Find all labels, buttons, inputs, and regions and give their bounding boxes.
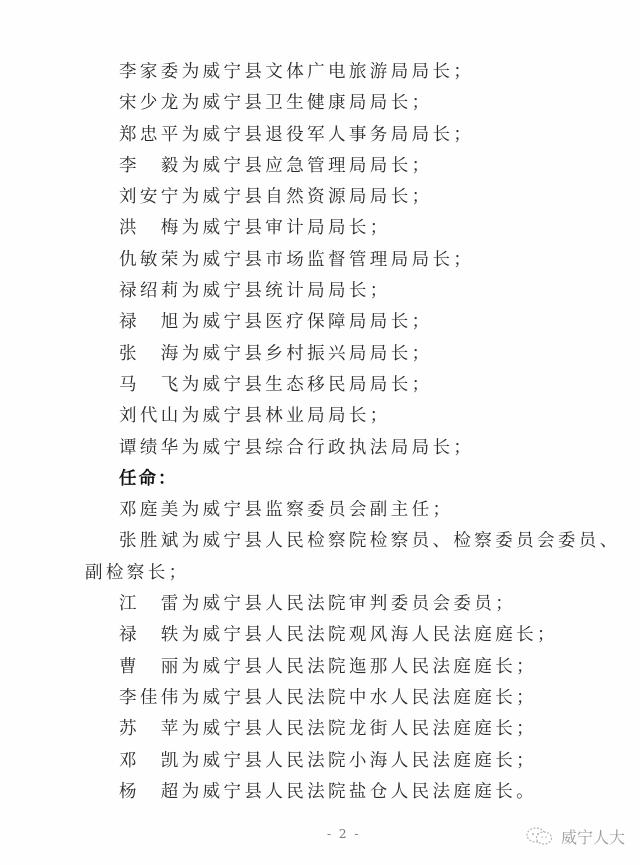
appointment-line: 宋少龙为威宁县卫生健康局局长； (85, 88, 555, 119)
watermark-text: 威宁人大 (561, 825, 625, 848)
person-name: 仇敏荣 (119, 250, 182, 270)
appointment-text: 为威宁县生态移民局局长； (182, 375, 433, 395)
person-name: 苏 苹 (119, 719, 182, 739)
section-heading-appoint: 任命： (85, 464, 555, 495)
appointment-text: 为威宁县市场监督管理局局长； (182, 250, 475, 270)
person-name: 刘代山 (119, 406, 182, 426)
wechat-icon (525, 826, 555, 846)
appointment-text: 为威宁县乡村振兴局局长； (182, 344, 433, 364)
document-body: 李家委为威宁县文体广电旅游局局长； 宋少龙为威宁县卫生健康局局长； 郑忠平为威宁… (85, 57, 555, 808)
appointment-line: 禄 轶为威宁县人民法院观风海人民法庭庭长； (85, 620, 555, 651)
appointment-continuation: 副检察长； (85, 558, 555, 589)
person-name: 李 毅 (119, 156, 182, 176)
person-name: 马 飞 (119, 375, 182, 395)
appointment-text: 为威宁县人民法院观风海人民法庭庭长； (182, 625, 558, 645)
appointment-line: 李 毅为威宁县应急管理局局长； (85, 151, 555, 182)
appointment-text: 为威宁县统计局局长； (182, 281, 391, 301)
appointment-text: 为威宁县医疗保障局局长； (182, 312, 433, 332)
appointment-line: 洪 梅为威宁县审计局局长； (85, 213, 555, 244)
appointment-text: 为威宁县审计局局长； (182, 218, 391, 238)
appointment-text: 为威宁县自然资源局局长； (182, 187, 433, 207)
person-name: 禄 旭 (119, 312, 182, 332)
person-name: 禄绍莉 (119, 281, 182, 301)
appointment-line: 刘代山为威宁县林业局局长； (85, 401, 555, 432)
appointment-text: 为威宁县人民法院中水人民法庭庭长； (182, 688, 537, 708)
person-name: 张胜斌 (119, 531, 182, 551)
appointment-line: 郑忠平为威宁县退役军人事务局局长； (85, 120, 555, 151)
person-name: 谭绩华 (119, 438, 182, 458)
person-name: 杨 超 (119, 782, 182, 802)
appointment-text: 为威宁县林业局局长； (182, 406, 391, 426)
appointment-line: 苏 苹为威宁县人民法院龙街人民法庭庭长； (85, 714, 555, 745)
appointment-text: 为威宁县应急管理局局长； (182, 156, 433, 176)
appointment-line: 邓 凯为威宁县人民法院小海人民法庭庭长； (85, 746, 555, 777)
person-name: 曹 丽 (119, 657, 182, 677)
person-name: 郑忠平 (119, 125, 182, 145)
person-name: 张 海 (119, 344, 182, 364)
person-name: 邓庭美 (119, 500, 182, 520)
person-name: 宋少龙 (119, 93, 182, 113)
appointment-line: 曹 丽为威宁县人民法院迤那人民法庭庭长； (85, 652, 555, 683)
page-number: - 2 - (327, 827, 360, 841)
appointment-line: 马 飞为威宁县生态移民局局长； (85, 370, 555, 401)
appointment-text: 为威宁县退役军人事务局局长； (182, 125, 475, 145)
person-name: 邓 凯 (119, 751, 182, 771)
appointment-line: 李家委为威宁县文体广电旅游局局长； (85, 57, 555, 88)
appointment-line: 刘安宁为威宁县自然资源局局长； (85, 182, 555, 213)
appointment-line: 李佳伟为威宁县人民法院中水人民法庭庭长； (85, 683, 555, 714)
appointment-line: 邓庭美为威宁县监察委员会副主任； (85, 495, 555, 526)
person-name: 禄 轶 (119, 625, 182, 645)
appointment-line: 仇敏荣为威宁县市场监督管理局局长； (85, 245, 555, 276)
appointment-line: 谭绩华为威宁县综合行政执法局局长； (85, 433, 555, 464)
appointment-text: 为威宁县人民法院审判委员会委员； (182, 594, 516, 614)
appointment-line: 杨 超为威宁县人民法院盐仓人民法庭庭长。 (85, 777, 555, 808)
appointment-text: 为威宁县人民检察院检察员、检察委员会委员、 (182, 531, 621, 551)
appointment-text: 为威宁县人民法院盐仓人民法庭庭长。 (182, 782, 537, 802)
appointment-line: 江 雷为威宁县人民法院审判委员会委员； (85, 589, 555, 620)
person-name: 李佳伟 (119, 688, 182, 708)
document-page: 李家委为威宁县文体广电旅游局局长； 宋少龙为威宁县卫生健康局局长； 郑忠平为威宁… (0, 0, 640, 865)
appointment-text: 为威宁县人民法院迤那人民法庭庭长； (182, 657, 537, 677)
person-name: 洪 梅 (119, 218, 182, 238)
appointment-text: 为威宁县综合行政执法局局长； (182, 438, 475, 458)
appointment-line: 禄 旭为威宁县医疗保障局局长； (85, 307, 555, 338)
appointment-text: 为威宁县人民法院小海人民法庭庭长； (182, 751, 537, 771)
source-watermark: 威宁人大 (525, 824, 625, 848)
appointment-text: 为威宁县人民法院龙街人民法庭庭长； (182, 719, 537, 739)
person-name: 李家委 (119, 62, 182, 82)
appointment-line: 张 海为威宁县乡村振兴局局长； (85, 339, 555, 370)
appointment-text: 为威宁县文体广电旅游局局长； (182, 62, 475, 82)
appointment-line: 禄绍莉为威宁县统计局局长； (85, 276, 555, 307)
person-name: 江 雷 (119, 594, 182, 614)
appointment-line: 张胜斌为威宁县人民检察院检察员、检察委员会委员、 (85, 526, 555, 557)
appointment-text: 为威宁县卫生健康局局长； (182, 93, 433, 113)
appointment-text: 为威宁县监察委员会副主任； (182, 500, 454, 520)
person-name: 刘安宁 (119, 187, 182, 207)
